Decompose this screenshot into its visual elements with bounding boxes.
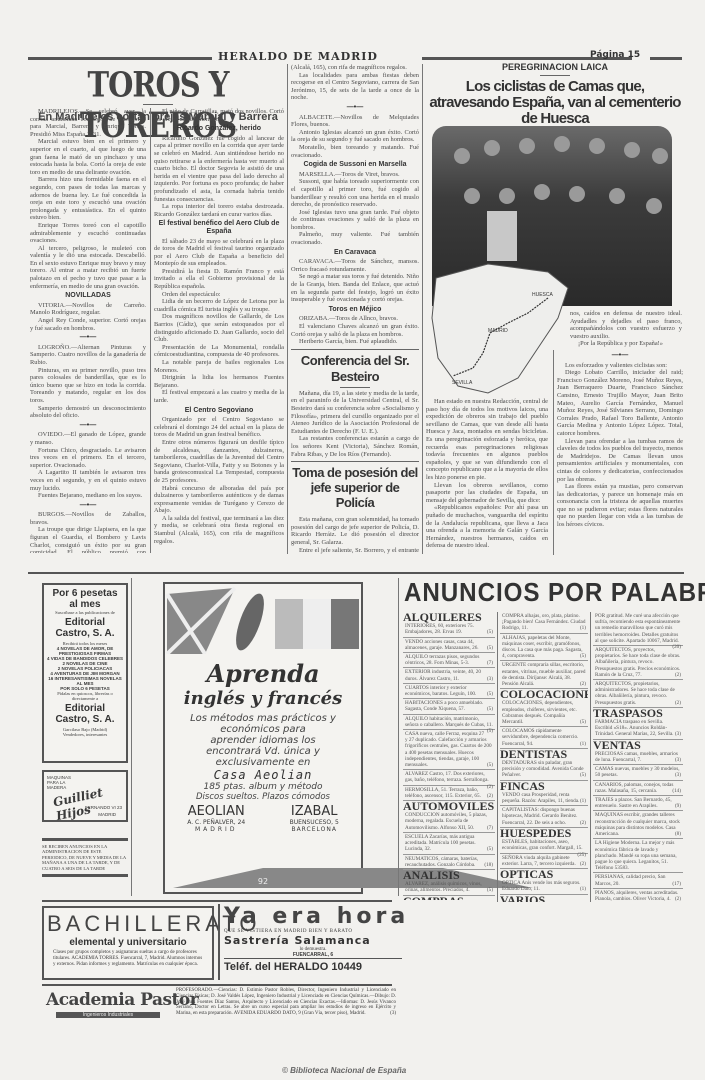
paragraph: Las localidades para ambas fiestas deben…	[291, 72, 419, 102]
classified-ad: ALHAJAS, papeletas del Monte, máquinas c…	[500, 634, 588, 662]
izabal-barcelona: IZABAL BUENSUCESO, 5 BARCELONA	[290, 804, 339, 833]
copyright-notice: © Biblioteca Nacional de España	[282, 1066, 406, 1075]
paragraph: La notable pareja de bailes regionales L…	[154, 359, 284, 374]
toros-column-1: MADRILEJOS.—Se celebró ayer la corrida a…	[30, 108, 146, 553]
classified-ref: (5)	[487, 762, 493, 768]
separator: —•—	[30, 502, 146, 510]
classified-category: ANALISIS	[403, 872, 495, 878]
classified-ref: (2)	[675, 672, 681, 678]
aeolian-addresses: AEOLIAN A. C. PEÑALVER, 24 MADRID IZABAL…	[165, 804, 361, 833]
paragraph: Las restantes conferencias estarán a car…	[291, 435, 419, 458]
classifieds-column-3: POR gratitud. Me curé una afección que s…	[593, 612, 683, 902]
pastor-body: PROFESORADO.—Ciencias: D. Estimio Pastor…	[176, 988, 396, 1017]
classified-ref: (1)	[580, 798, 586, 804]
column-divider	[150, 108, 151, 553]
classified-ad: INTERIORES, 60, exteriores 75. Embajador…	[403, 622, 495, 637]
classified-ref: (1)	[580, 625, 586, 631]
salamanca-name: Sastrería Salamanca	[224, 934, 402, 947]
classified-ref: (5)	[487, 728, 493, 734]
aeolian-addr: A. C. PEÑALVER, 24	[187, 819, 245, 826]
paragraph: Palmeño, muy valiente. Fué también ovaci…	[291, 231, 419, 246]
peregrinacion-section: PEREGRINACION LAICA Los ciclistas de Cam…	[425, 62, 685, 127]
classified-ref: (3)	[675, 731, 681, 737]
divider	[291, 461, 419, 462]
classified-text: POR gratitud. Me curé una afección que s…	[595, 613, 680, 644]
classified-ad: PRECIOSAS camas, muebles, armarios de lu…	[593, 750, 683, 765]
classified-text: COLOCAMOS rápidamente servidumbre, depen…	[502, 728, 578, 746]
paragraph: A Lagartito II también le avisaron tres …	[30, 469, 146, 492]
classified-ad: VENDO casa Prosperidad, renta pequeña. R…	[500, 791, 588, 806]
paragraph: LOGROÑO.—Alternan Pinturas y Samperio. C…	[30, 344, 146, 367]
paragraph: El valenciano Chaves alcanzó un gran éxi…	[291, 323, 419, 338]
paragraph: Sussoni, que había toreado superiormente…	[291, 178, 419, 208]
classified-ref: (17)	[672, 881, 681, 887]
castro-brand-2: Editorial Castro, S. A.	[47, 703, 123, 725]
classified-ad: ARQUITECTOS, propietarios, administrador…	[593, 680, 683, 708]
paragraph: José Iglesias tuvo una gran tarde. Fué o…	[291, 209, 419, 232]
classified-ad: VENDO acciones casas, casa 44, almacenes…	[403, 638, 495, 653]
admin-notice: SE RECIBEN ANUNCIOS EN LA ADMINISTRACION…	[42, 838, 128, 877]
classified-ref: (5)	[487, 706, 493, 712]
castro-headline: Por 6 pesetas al mes	[47, 588, 123, 610]
peregrinacion-right-top: nos, caídos en defensa de nuestro ideal.…	[570, 310, 682, 348]
aeolian-body-line: exclusivamente en	[165, 757, 361, 768]
aeolian-madrid: AEOLIAN A. C. PEÑALVER, 24 MADRID	[187, 804, 245, 833]
classified-ref: (5)	[487, 887, 493, 893]
peregrinacion-left: Han estado en nuestra Redacción, central…	[426, 398, 548, 556]
policia-heading: Toma de posesión del jefe superior de Po…	[291, 465, 419, 510]
castro-brand: Editorial Castro, S. A.	[47, 617, 123, 639]
classified-text: EXTERIOR industria, veinte, 40, 20 duros…	[405, 669, 481, 681]
classified-ref: (2)	[675, 700, 681, 706]
classified-text: ALVAREZ Castro, 17. Dos exteriores, gas,…	[405, 771, 489, 783]
classified-ref: (20)	[672, 644, 681, 650]
paragraph: Llevan los obreros sevillanos, como pasa…	[426, 482, 548, 505]
paragraph: Ricardito González fué cogido al lancear…	[154, 135, 284, 203]
classified-ad: PIANOS, alquileres, ventas acreditadas. …	[593, 889, 683, 902]
paragraph: Las flores están ya mustias, pero conser…	[557, 483, 683, 529]
classified-ref: (2)	[675, 896, 681, 902]
castro-line: 4 NOVELAS DE AMOR, DE PRESTIGIOSAS FIRMA…	[47, 646, 123, 656]
classified-ad: COMPRA alhajas, oro, plata, platino. ¡Pa…	[500, 612, 588, 634]
pastor-ref: (3)	[390, 1011, 396, 1017]
kicker: PEREGRINACION LAICA	[425, 62, 685, 72]
map-label-huesca: HUESCA	[532, 292, 554, 298]
peregrinacion-right: —•— Los esforzados y valientes ciclistas…	[557, 350, 683, 555]
section-rule	[42, 984, 392, 986]
paragraph: Enrique Torres toreó con el capotillo ad…	[30, 222, 146, 245]
paragraph: Diego Lobato Carrillo, iniciador del rai…	[557, 369, 683, 437]
bachillerato-ad: BACHILLERATO elemental y universitario C…	[42, 906, 214, 980]
section-rule	[42, 900, 392, 902]
classified-text: ALQUILO terrazas pisos, segundos céntric…	[405, 654, 479, 666]
classified-ad: URGENTE compraría sillas, escritorio, es…	[500, 661, 588, 689]
castro-line: Suscríbase a las publicaciones de	[47, 610, 123, 615]
paragraph: Dirigirán la lidia los hermanos Fuentes …	[154, 374, 284, 389]
pastor-brand: Academia Pastor	[46, 990, 170, 1010]
classifieds-column-1: ALQUILERESINTERIORES, 60, exteriores 75.…	[403, 612, 495, 900]
paragraph: Habrá concurso de alboradas del país por…	[154, 485, 284, 515]
castro-line: Vendedores, interesantes	[47, 732, 123, 737]
classified-category: FINCAS	[500, 783, 588, 789]
bachillerato-body: Clases por grupos completos y asignatura…	[53, 950, 203, 967]
classified-ad: CANARIOS, palomas, conejos, todas razas.…	[593, 781, 683, 796]
column-divider	[553, 350, 554, 555]
classified-ref: (25)	[577, 852, 586, 858]
paragraph: Se negó a matar sus toros y fué detenido…	[291, 273, 419, 303]
castro-line: 16 INTERESANTISIMAS NOVELAS AL MES	[47, 676, 123, 686]
classified-ref: (1)	[580, 741, 586, 747]
paragraph: Angel Rey Conde, superior. Cortó orejas …	[30, 317, 146, 332]
paragraph: El sábado 23 de mayo se celebrará en la …	[154, 238, 284, 268]
paragraph: Antonio Iglesias alcanzó un gran éxito. …	[291, 129, 419, 144]
classified-category: COLOCACIONES	[500, 691, 588, 697]
classified-ad: EXTERIOR industria, veinte, 40, 20 duros…	[403, 668, 495, 683]
classified-category: HUESPEDES	[500, 830, 588, 836]
classified-text: CASA nueva, calle Ferraz, esquina 27 y 2…	[405, 731, 492, 768]
classified-text: CUARTOS interior y exterior económicos, …	[405, 685, 476, 697]
paragraph: Han estado en nuestra Redacción, central…	[426, 398, 548, 482]
news-column-3: (Alcalá, 165), con rifa de magníficos re…	[291, 64, 419, 554]
classified-text: ARQUITECTOS, proyectos, propietarios. Se…	[595, 647, 680, 678]
column-divider	[398, 578, 399, 896]
column-divider	[131, 578, 132, 896]
classified-category: TRASPASOS	[593, 710, 683, 716]
classified-text: CANARIOS, palomas, conejos, todas razas.…	[595, 782, 673, 794]
classified-ref: (14)	[672, 788, 681, 794]
classified-text: MAQUINAS escribir, grandes talleres reco…	[595, 812, 680, 837]
paragraph: El niño de Carrajillas, mató dos novillo…	[154, 108, 284, 123]
masthead-rule-right	[650, 57, 682, 60]
classified-ad: ALQUILO habitación, matrimonio, señora o…	[403, 715, 495, 730]
classified-ref: (2)	[580, 820, 586, 826]
paragraph: Presentación de La Monumental, rondalla …	[154, 344, 284, 359]
paragraph: Los esforzados y valientes ciclistas son…	[557, 362, 683, 370]
classified-text: ALQUILO habitación, matrimonio, señora o…	[405, 716, 493, 728]
classified-text: VENDO acciones casas, casa 44, almacenes…	[405, 639, 479, 651]
separator: —•—	[30, 422, 146, 430]
classified-text: INTERIORES, 60, exteriores 75. Embajador…	[405, 623, 474, 635]
paragraph: Presidirá la fiesta D. Ramón Franco y es…	[154, 268, 284, 291]
ornament	[540, 75, 570, 76]
paragraph: OVIEDO.—El ganado de López, grande y man…	[30, 431, 146, 446]
classified-ref: (5)	[487, 645, 493, 651]
classified-category: ALQUILERES	[403, 614, 495, 620]
classified-ref: (5)	[580, 719, 586, 725]
classified-ref: (5)	[487, 629, 493, 635]
classified-ad: CAMAS nuevas, muebles y 30 modelos, 50 p…	[593, 765, 683, 780]
classified-ad: FARMACIA traspaso en Sevilla. Escribid «…	[593, 718, 683, 740]
classified-ref: (8)	[675, 831, 681, 837]
aeolian-body-line: encontrará Vd. única y	[165, 746, 361, 757]
classified-ref: (7)	[487, 660, 493, 666]
column-divider	[497, 612, 498, 902]
classified-ad: ALQUILO terrazas pisos, segundos céntric…	[403, 653, 495, 668]
paragraph: Entre el jefe saliente, Sr. Borrero, y e…	[291, 547, 419, 555]
guilliet-address: FERNANDO VI 23	[85, 805, 122, 810]
paragraph: Entre otros números figurará un desfile …	[154, 439, 284, 485]
paragraph: ORIZABA.—Toros de Allnco, bravos.	[291, 315, 419, 323]
paragraph: Mañana, día 19, a las siete y media de l…	[291, 390, 419, 436]
paragraph: Samperio demostró un desconocimiento abs…	[30, 405, 146, 420]
classified-ad: COLOCAMOS rápidamente servidumbre, depen…	[500, 727, 588, 749]
divider	[291, 349, 419, 350]
aeolian-logo: 92	[165, 877, 361, 886]
classified-ref: (7)	[487, 825, 493, 831]
mejico-heading: Toros en Méjico	[291, 306, 419, 314]
classified-ref: (5)	[487, 691, 493, 697]
sussoni-heading: Cogida de Sussoni en Marsella	[291, 161, 419, 169]
classified-ref: (9)	[675, 803, 681, 809]
classified-text: TRAJES a plazos. San Bernardo, 45, entre…	[595, 797, 672, 809]
classified-text: ALVAREZ, análisis químicos, vinos, orina…	[405, 881, 482, 893]
classified-ad: HABITACIONES a poco amueblado. Sagasta, …	[403, 699, 495, 714]
festival-heading: El festival benéfico del Aero Club de Es…	[154, 220, 284, 235]
ornament	[340, 387, 370, 388]
classified-category: VARIOS	[500, 897, 588, 902]
classified-category: VENTAS	[593, 742, 683, 748]
classified-category: COMPRAS	[403, 898, 495, 900]
classified-text: FARMACIA traspaso en Sevilla. Escribid «…	[595, 719, 673, 737]
paragraph: ¡Por la República y por España!»	[570, 340, 682, 348]
guilliet-city: MADRID	[98, 812, 116, 817]
aeolian-name: AEOLIAN	[187, 804, 245, 819]
paragraph: Moratello, bien toreando y matando. Fué …	[291, 144, 419, 159]
masthead-rule-left	[28, 57, 212, 60]
classified-ad: CASA nueva, calle Ferraz, esquina 27 y 2…	[403, 730, 495, 770]
classified-text: PERSIANAS, calidad precio, San Marcos, 2…	[595, 874, 665, 886]
classified-text: NEUMATICOS, cámaras, baterías, recauchut…	[405, 856, 478, 868]
aeolian-store: Casa Aeolian	[165, 768, 361, 782]
paragraph: El festival empezará a las cuatro y medi…	[154, 389, 284, 404]
newspaper-name: HERALDO DE MADRID	[218, 50, 378, 63]
classified-ref: (1)	[580, 886, 586, 892]
classifieds-column-2: COMPRA alhajas, oro, plata, platino. ¡Pa…	[500, 612, 588, 902]
aeolian-body-line: aprender idiomas los	[165, 735, 361, 746]
classified-ref: (2)	[580, 861, 586, 867]
classified-text: VENDO casa Prosperidad, renta pequeña. R…	[502, 792, 579, 804]
classified-ad: ARQUITECTOS, proyectos, propietarios. Se…	[593, 646, 683, 680]
aeolian-body-line: Los métodos mas prácticos y económicos p…	[165, 713, 361, 735]
classified-ref: (5)	[487, 846, 493, 852]
classified-text: DENTADURAS sin paladar, gran precisión y…	[502, 760, 584, 778]
classified-ad: MAQUINAS escribir, grandes talleres reco…	[593, 811, 683, 839]
paragraph: Organizado por el Centro Segoviano se ce…	[154, 416, 284, 439]
classified-text: HABITACIONES a poco amueblado. Sagasta, …	[405, 700, 483, 712]
salamanca-ad: Ya era hora QUE SE VISTIERA EN MADRID BI…	[218, 904, 402, 980]
classified-ref: (5)	[580, 772, 586, 778]
castro-ad: Por 6 pesetas al mes Suscríbase a las pu…	[42, 583, 128, 763]
paragraph: nos, caídos en defensa de nuestro ideal.…	[570, 310, 682, 340]
guilliet-ad: MAQUINAS PARA LA MADERA Guilliet Hijos F…	[42, 770, 128, 822]
classified-text: CAPITALISTAS: dispongo buenas hipotecas,…	[502, 807, 577, 825]
paragraph: VITORIA.—Novillos de Carreño. Manolo Rod…	[30, 302, 146, 317]
classified-category: AUTOMOVILES	[403, 803, 495, 809]
separator: —•—	[557, 352, 683, 360]
classified-ad: POR gratitud. Me curé una afección que s…	[593, 612, 683, 646]
paragraph: «Republicanos españoles: Por ahí pasa un…	[426, 504, 548, 550]
separator: —•—	[291, 104, 419, 112]
izabal-addr: BUENSUCESO, 5	[290, 819, 339, 826]
salamanca-phone: Teléf. del HERALDO 10449	[224, 961, 402, 973]
classified-ref: (18)	[484, 862, 493, 868]
paragraph: Lidia de un becerro de López de Letona p…	[154, 298, 284, 313]
column-divider	[287, 64, 288, 554]
classified-ad: PERSIANAS, calidad precio, San Marcos, 2…	[593, 873, 683, 888]
classified-text: CAMAS nuevas, muebles y 30 modelos, 50 p…	[595, 766, 680, 778]
classified-ad: TRAJES a plazos. San Bernardo, 45, entre…	[593, 796, 683, 811]
column-divider	[590, 612, 591, 902]
paragraph: Barrera hizo una formidable faena en el …	[30, 176, 146, 222]
classified-ref: (3)	[487, 676, 493, 682]
pastor-tag: Ingenieros Industriales	[56, 1012, 160, 1018]
segoviano-heading: El Centro Segoviano	[154, 407, 284, 415]
izabal-city: BARCELONA	[290, 826, 339, 833]
paragraph: MARSELLA.—Toros de Viret, bravos.	[291, 171, 419, 179]
paragraph: Marcial estuvo bien en el primero y supe…	[30, 138, 146, 176]
classified-text: CONDUCCION automóviles, 5 plazas, modern…	[405, 812, 487, 830]
classified-ad: ESCUELA Zacarías, más antigua acreditada…	[403, 833, 495, 855]
page-number: Página 15	[590, 50, 640, 60]
pastor-text: PROFESORADO.—Ciencias: D. Estimio Pastor…	[176, 988, 396, 1016]
toros-title: TOROS Y TOREROS	[28, 64, 288, 112]
classified-category: OPTICAS	[500, 871, 588, 877]
classified-ad: CAPITALISTAS: dispongo buenas hipotecas,…	[500, 806, 588, 828]
paragraph: BURGOS.—Novillos de Zaballos, bravos.	[30, 511, 146, 526]
paragraph: Heriberto García, bien. Fué aplaudido.	[291, 338, 419, 346]
paragraph: Fuentes Bejarano, mediano en los suyos.	[30, 492, 146, 500]
classified-ad: ESTABLES, habitaciones, aseo, económicas…	[500, 838, 588, 853]
classified-ad: DENTADURAS sin paladar, gran precisión y…	[500, 759, 588, 781]
bachillerato-subtitle: elemental y universitario	[47, 937, 209, 948]
paragraph: ALBACETE.—Novillos de Melquiades Flores,…	[291, 114, 419, 129]
paragraph: (Alcalá, 165), con rifa de magníficos re…	[291, 64, 419, 72]
castro-line: Pídalas en quioscos, librerías o directa…	[47, 691, 123, 701]
classified-ad: ALVAREZ Castro, 17. Dos exteriores, gas,…	[403, 770, 495, 785]
classifieds-title: ANUNCIOS POR PALABRAS	[404, 577, 705, 608]
paragraph: A la salida del festival, que terminará …	[154, 515, 284, 545]
classified-text: ALHAJAS, papeletas del Monte, máquinas c…	[502, 635, 583, 660]
classified-ad: CONDUCCION automóviles, 5 plazas, modern…	[403, 811, 495, 833]
column-divider	[422, 64, 423, 554]
paragraph: Esta mañana, con gran solemnidad, ha tom…	[291, 516, 419, 546]
classified-ref: (3)	[675, 772, 681, 778]
section-rule	[28, 572, 684, 574]
map-label-madrid: MADRID	[488, 328, 508, 334]
gonzalez-heading: Ricardo González, herido	[154, 125, 284, 133]
classified-text: URGENTE compraría sillas, escritorio, es…	[502, 662, 585, 687]
aeolian-headline: Aprenda	[165, 659, 361, 688]
salamanca-address: FUENCARRAL, 6	[224, 952, 402, 959]
aeolian-terms: Discos sueltos. Plazos cómodos	[165, 792, 361, 802]
classified-text: PIANOS, alquileres, ventas acreditadas. …	[595, 890, 678, 902]
classified-text: OPTICA Anís vende los más seguros. Eduar…	[502, 880, 580, 892]
salamanca-headline: Ya era hora	[224, 904, 402, 929]
flags-illustration	[165, 584, 361, 654]
novilladas-heading: NOVILLADAS	[30, 292, 146, 300]
classified-text: ARQUITECTOS, propietarios, administrador…	[595, 681, 675, 706]
paragraph: Dos magníficos novillos de Gallardo, de …	[154, 313, 284, 343]
classified-text: HERMOSILLA, 51. Terraza, baño, teléfono,…	[405, 787, 481, 799]
paragraph: MADRILEJOS.—Se celebró ayer la corrida a…	[30, 108, 146, 138]
classified-text: COMPRA alhajas, oro, plata, platino. ¡Pa…	[502, 613, 585, 631]
besteiro-heading: Conferencia del Sr. Besteiro	[291, 353, 419, 385]
classified-ref: (3)	[675, 757, 681, 763]
classified-ad: LA Higiene Moderna. La mejor y más econó…	[593, 839, 683, 873]
caravaca-heading: En Caravaca	[291, 249, 419, 257]
paragraph: Al tercero, peligroso, le muleteó con va…	[30, 245, 146, 291]
guilliet-line: MAQUINAS PARA LA MADERA	[47, 775, 77, 790]
paragraph: Pinturas, en su primer novillo, puso tre…	[30, 367, 146, 405]
map-label-sevilla: SEVILLA	[452, 380, 473, 386]
peregrinacion-title: Los ciclistas de Camas que, atravesando …	[425, 79, 685, 127]
classified-text: SEÑORA viuda alquila gabinete exterior. …	[502, 855, 576, 867]
paragraph: CARAVACA.—Toros de Sánchez, mansos. Orri…	[291, 258, 419, 273]
pastor-logo: Academia Pastor Ingenieros Industriales	[46, 990, 170, 1030]
classified-text: COLOCACIONES, dependientes, empleados, c…	[502, 700, 577, 725]
separator: —•—	[30, 334, 146, 342]
toros-column-2: El niño de Carrajillas, mató dos novillo…	[154, 108, 284, 553]
classified-ref: (5)	[580, 653, 586, 659]
aeolian-ad: Aprenda inglés y francés Los métodos mas…	[163, 582, 363, 894]
paragraph: Orden del espectáculo:	[154, 291, 284, 299]
paragraph: La ropa interior del torero estaba destr…	[154, 203, 284, 218]
paragraph: Llevan para ofrendar a las tumbas ramos …	[557, 438, 683, 484]
classified-ref: (2)	[487, 784, 493, 790]
paragraph: La troupe que dirige Llapisera, en la qu…	[30, 526, 146, 553]
aeolian-city: MADRID	[187, 826, 245, 833]
paragraph: Fortuna Chico, desgraciado. Le avisaron …	[30, 447, 146, 470]
classified-category: DENTISTAS	[500, 751, 588, 757]
classified-ad: CUARTOS interior y exterior económicos, …	[403, 684, 495, 699]
izabal-name: IZABAL	[290, 804, 339, 819]
classified-text: PRECIOSAS camas, muebles, armarios de lu…	[595, 751, 678, 763]
aeolian-body: Los métodos mas prácticos y económicos p…	[165, 713, 361, 768]
classified-ad: COLOCACIONES, dependientes, empleados, c…	[500, 699, 588, 727]
classified-text: ESTABLES, habitaciones, aseo, económicas…	[502, 839, 583, 851]
classified-text: ESCUELA Zacarías, más antigua acreditada…	[405, 834, 476, 852]
classified-text: LA Higiene Moderna. La mejor y más econó…	[595, 840, 677, 871]
aeolian-headline-2: inglés y francés	[165, 688, 361, 709]
bachillerato-title: BACHILLERATO	[47, 911, 209, 937]
aeolian-price: 185 ptas. album y método	[165, 782, 361, 792]
